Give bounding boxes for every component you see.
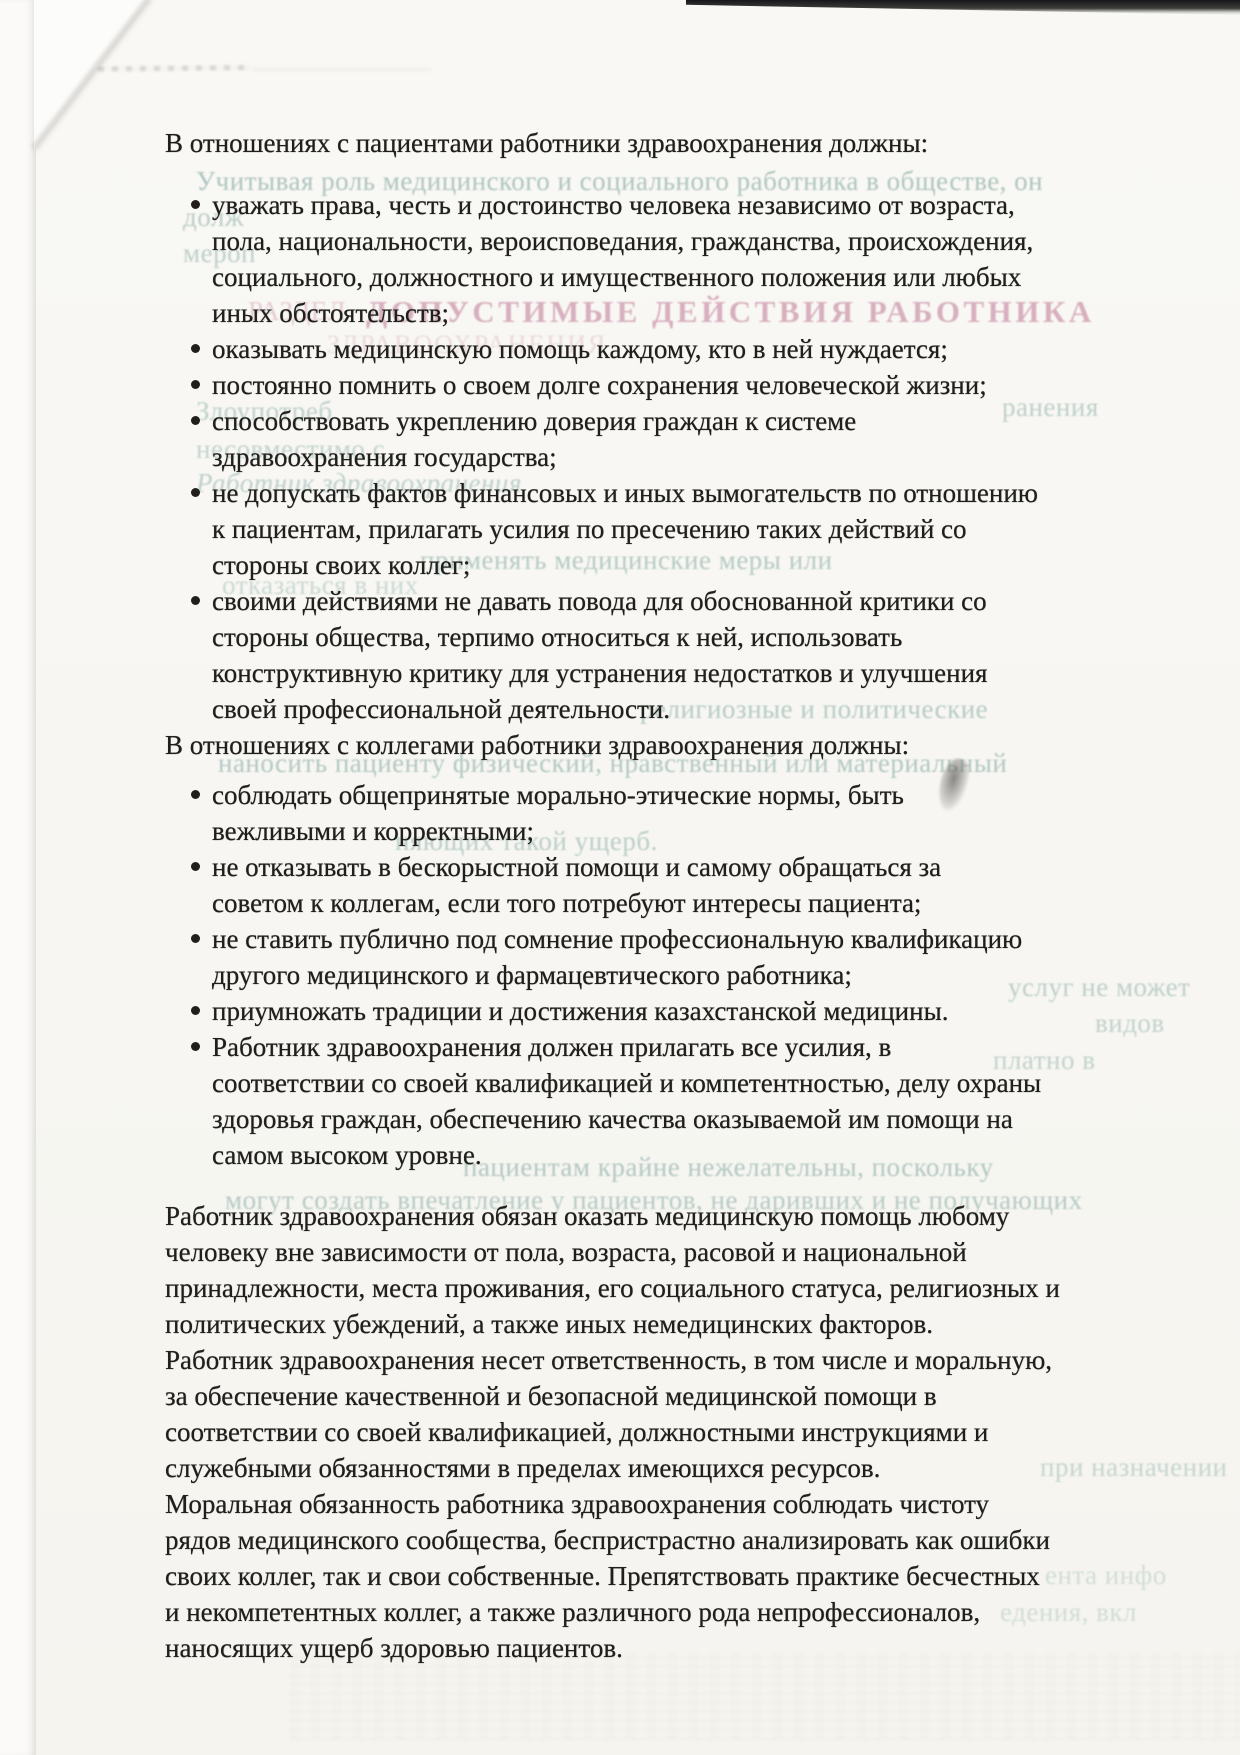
list-item: постоянно помнить о своем долге сохранен… (165, 367, 1155, 403)
list-item: своими действиями не давать повода для о… (165, 583, 1155, 727)
list-item: уважать права, честь и достоинство челов… (165, 187, 1155, 331)
heading-colleagues: В отношениях с коллегами работники здрав… (165, 727, 1155, 763)
list-item: не допускать фактов финансовых и иных вы… (165, 475, 1155, 583)
list-item: не отказывать в бескорыстной помощи и са… (165, 849, 1155, 921)
document-content: В отношениях с пациентами работники здра… (165, 125, 1155, 1666)
paragraph: Работник здравоохранения несет ответстве… (165, 1342, 1155, 1486)
paragraph: Работник здравоохранения обязан оказать … (165, 1198, 1155, 1342)
list-item: оказывать медицинскую помощь каждому, кт… (165, 331, 1155, 367)
list-item: соблюдать общепринятые морально-этически… (165, 777, 1155, 849)
list-item: Работник здравоохранения должен прилагат… (165, 1029, 1155, 1173)
patients-duties-list: уважать права, честь и достоинство челов… (165, 187, 1155, 727)
closing-paragraphs: Работник здравоохранения обязан оказать … (165, 1198, 1155, 1666)
list-item: не ставить публично под сомнение професс… (165, 921, 1155, 993)
list-item: способствовать укреплению доверия гражда… (165, 403, 1155, 475)
pencil-smudge-faint (252, 68, 432, 71)
colleagues-duties-list: соблюдать общепринятые морально-этически… (165, 777, 1155, 1173)
list-item: приумножать традиции и достижения казахс… (165, 993, 1155, 1029)
paragraph: Моральная обязанность работника здравоох… (165, 1486, 1155, 1666)
scanned-document-screenshot: { "doc": { "heading_patients": "В отноше… (0, 0, 1240, 1755)
heading-patients: В отношениях с пациентами работники здра… (165, 125, 1155, 161)
